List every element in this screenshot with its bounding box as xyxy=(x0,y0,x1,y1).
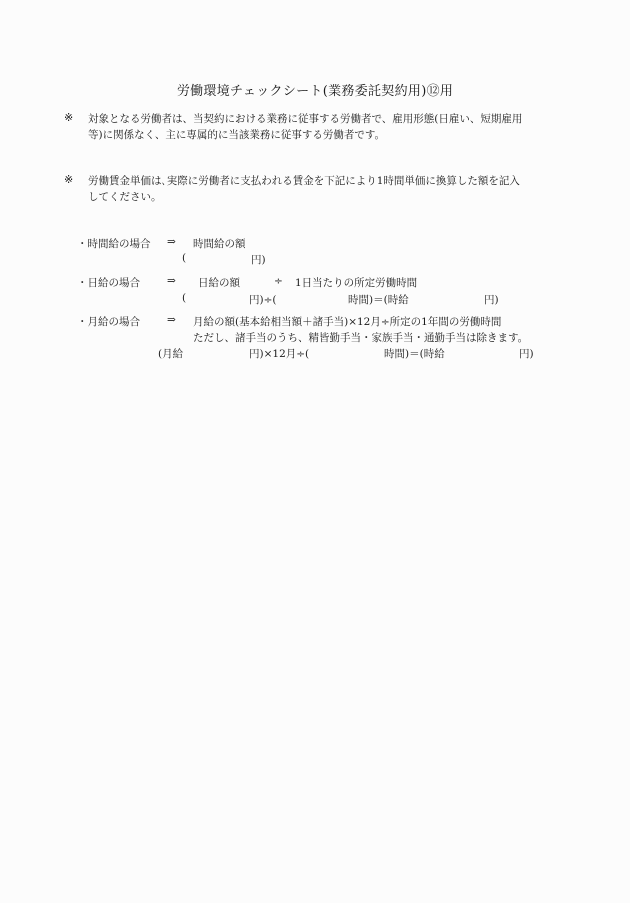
daily-label: ・日給の場合 xyxy=(77,275,140,290)
hourly-formula: 時間給の額 xyxy=(193,236,246,251)
hourly-arrow-icon: ⇒ xyxy=(167,236,176,248)
hourly-label: ・時間給の場合 xyxy=(77,236,151,251)
hourly-open-paren: ( xyxy=(182,252,186,264)
daily-hours-eq: 時間)＝(時給 xyxy=(348,292,409,307)
daily-open-paren: ( xyxy=(182,292,186,304)
page-title: 労働環境チェックシート(業務委託契約用)⑫用 xyxy=(0,80,630,99)
monthly-hours-eq: 時間)＝(時給 xyxy=(384,346,445,361)
daily-formula-a: 日給の額 xyxy=(198,275,240,290)
monthly-yen-mult: 円)×12月÷( xyxy=(249,346,309,361)
daily-divide: ÷ xyxy=(274,275,283,287)
daily-yen-div: 円)÷( xyxy=(249,292,277,307)
note-1-line-1: 対象となる労働者は、当契約における業務に従事する労働者で、雇用形態(日雇い、短期… xyxy=(88,111,522,126)
monthly-exclusion: ただし、諸手当のうち、精皆勤手当・家族手当・通勤手当は除きます。 xyxy=(193,330,528,345)
monthly-formula: 月給の額(基本給相当額＋諸手当)×12月÷所定の1年間の労働時間 xyxy=(193,314,501,329)
monthly-open-month: (月給 xyxy=(158,346,183,361)
note-2-line-1: 労働賃金単価は､実際に労働者に支払われる賃金を下記により1時間単価に換算した額を… xyxy=(88,173,520,188)
monthly-label: ・月給の場合 xyxy=(77,314,140,329)
note-2-mark: ※ xyxy=(64,173,73,186)
note-1-mark: ※ xyxy=(64,111,73,124)
note-2-line-2: してください。 xyxy=(88,189,162,204)
daily-yen-close: 円) xyxy=(484,292,499,307)
hourly-yen-close: 円) xyxy=(251,252,266,267)
daily-arrow-icon: ⇒ xyxy=(167,275,176,287)
note-1-line-2: 等)に関係なく、主に専属的に当該業務に従事する労働者です。 xyxy=(88,127,385,142)
monthly-yen-close: 円) xyxy=(519,346,534,361)
monthly-arrow-icon: ⇒ xyxy=(167,314,176,326)
daily-formula-b: 1日当たりの所定労働時間 xyxy=(295,275,417,290)
